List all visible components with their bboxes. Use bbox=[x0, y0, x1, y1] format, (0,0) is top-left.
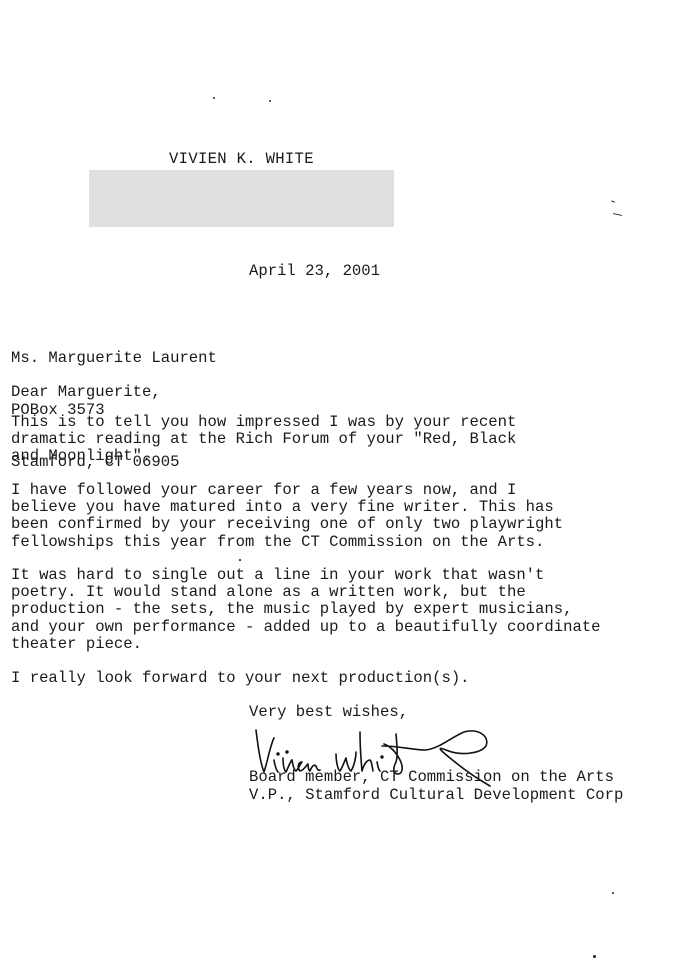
body-line: poetry. It would stand alone as a writte… bbox=[11, 584, 601, 601]
body-line: and Moonlight". bbox=[11, 448, 516, 465]
body-paragraph: This is to tell you how impressed I was … bbox=[11, 414, 516, 466]
body-line: It was hard to single out a line in your… bbox=[11, 567, 601, 584]
body-line: theater piece. bbox=[11, 636, 601, 653]
body-line: dramatic reading at the Rich Forum of yo… bbox=[11, 431, 516, 448]
body-line: and your own performance - added up to a… bbox=[11, 619, 601, 636]
salutation: Dear Marguerite, bbox=[11, 384, 161, 402]
body-paragraph: It was hard to single out a line in your… bbox=[11, 567, 601, 653]
body-line: been confirmed by your receiving one of … bbox=[11, 516, 563, 533]
recipient-name: Ms. Marguerite Laurent bbox=[11, 350, 217, 367]
redacted-address-block bbox=[89, 170, 394, 227]
body-line: believe you have matured into a very fin… bbox=[11, 499, 563, 516]
body-line: This is to tell you how impressed I was … bbox=[11, 414, 516, 431]
body-line: I really look forward to your next produ… bbox=[11, 670, 470, 687]
letterhead-name: VIVIEN K. WHITE bbox=[169, 151, 314, 169]
body-line: fellowships this year from the CT Commis… bbox=[11, 534, 563, 551]
body-paragraph: I have followed your career for a few ye… bbox=[11, 482, 563, 551]
body-line: production - the sets, the music played … bbox=[11, 601, 601, 618]
scan-speck bbox=[213, 97, 215, 99]
body-paragraph: I really look forward to your next produ… bbox=[11, 670, 470, 687]
letter-date: April 23, 2001 bbox=[249, 263, 380, 281]
scan-speck bbox=[269, 100, 271, 102]
scan-speck bbox=[593, 955, 596, 958]
scan-speck bbox=[612, 892, 614, 894]
signer-title-2: V.P., Stamford Cultural Development Corp bbox=[249, 787, 623, 805]
body-line: I have followed your career for a few ye… bbox=[11, 482, 563, 499]
signer-title-1: Board member, CT Commission on the Arts bbox=[249, 769, 614, 787]
scan-mark bbox=[611, 200, 615, 203]
scan-speck bbox=[239, 559, 241, 561]
scan-mark bbox=[613, 213, 622, 216]
